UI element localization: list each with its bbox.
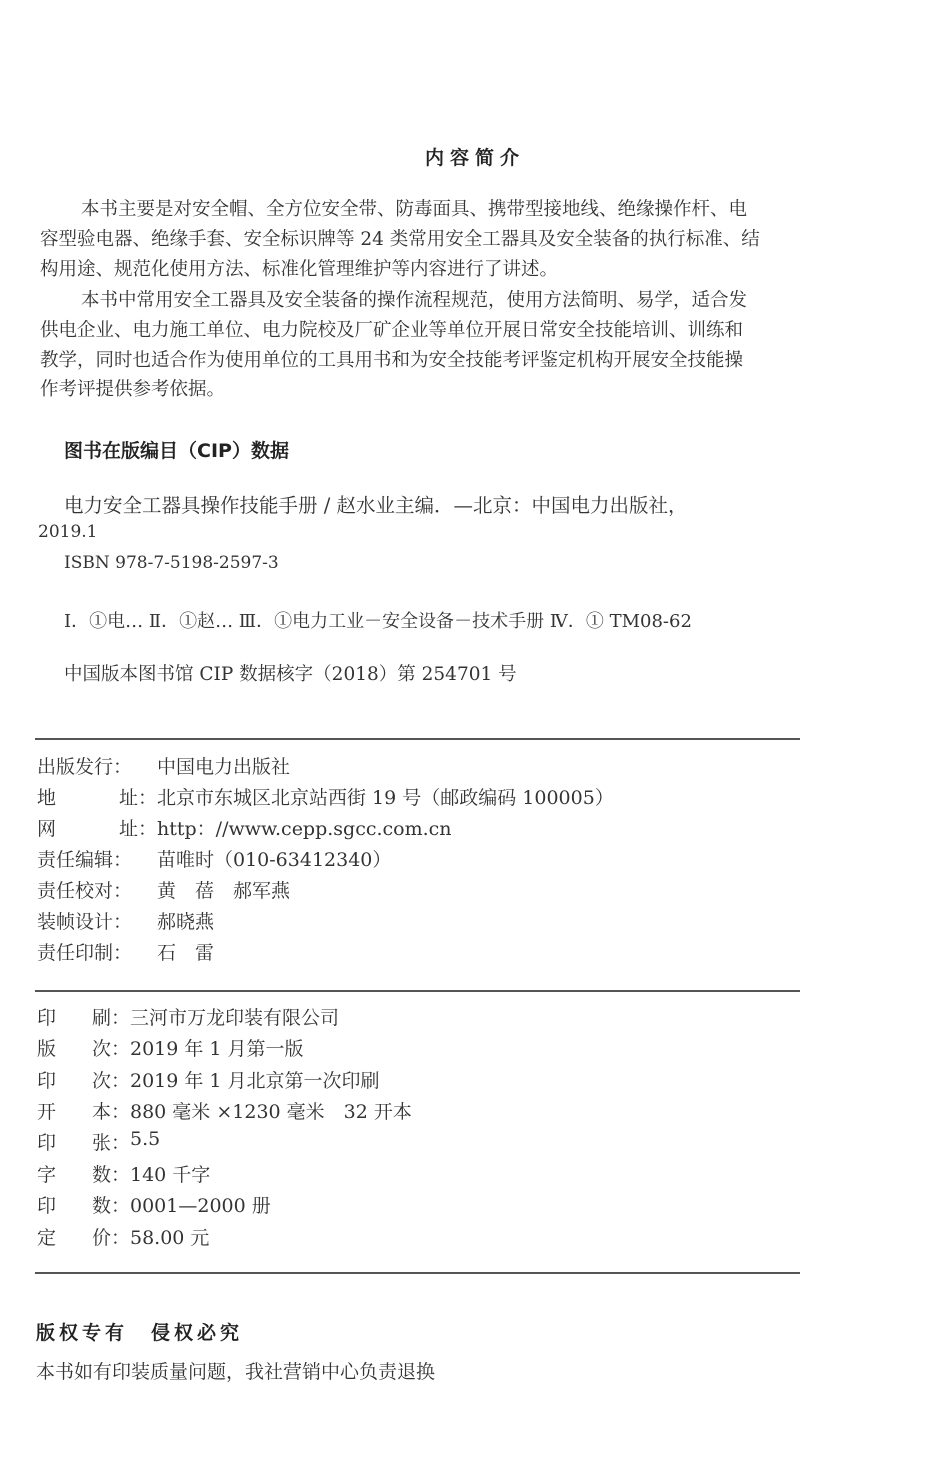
info-label: 责任编辑： [37,845,157,872]
label-char: 址： [119,814,157,841]
print-row: 版次： 2019 年 1 月第一版 [37,1034,304,1061]
print-row: 定价： 58.00 元 [37,1223,209,1250]
paragraph-line: 本书主要是对安全帽、全方位安全带、防毒面具、携带型接地线、绝缘操作杆、电 [81,195,747,225]
paragraph-line: 教学，同时也适合作为使用单位的工具用书和为安全技能考评鉴定机构开展安全技能操 [40,346,743,376]
paragraph-line: 构用途、规范化使用方法、标准化管理维护等内容进行了讲述。 [40,255,558,285]
info-row-publisher: 出版发行： 中国电力出版社 [37,752,290,779]
print-label: 印次： [37,1066,130,1093]
print-row: 印数： 0001—2000 册 [37,1191,271,1218]
print-label: 版次： [37,1034,130,1061]
info-label: 地 址： [37,783,157,810]
print-label: 字数： [37,1160,130,1187]
print-label: 印数： [37,1191,130,1218]
info-label: 责任印制： [37,938,157,965]
print-value: 2019 年 1 月第一版 [130,1034,304,1061]
divider-rule [35,990,800,992]
label-char: 地 [37,783,56,810]
info-row-designer: 装帧设计： 郝晓燕 [37,907,214,934]
info-row-proofreader: 责任校对： 黄 蓓 郝军燕 [37,876,290,903]
info-value: 苗唯时（010-63412340） [157,845,391,872]
cip-title-line: 电力安全工器具操作技能手册 / 赵水业主编．—北京：中国电力出版社， [64,490,687,518]
divider-rule [35,738,800,740]
print-row: 印刷： 三河市万龙印装有限公司 [37,1003,339,1030]
paragraph-line: 供电企业、电力施工单位、电力院校及厂矿企业等单位开展日常安全技能培训、训练和 [40,316,743,346]
paragraph-line: 作考评提供参考依据。 [40,375,225,405]
info-label: 装帧设计： [37,907,157,934]
cip-date-line: 2019.1 [38,522,97,542]
label-char: 网 [37,814,56,841]
print-value: 5.5 [130,1128,160,1155]
print-label: 印刷： [37,1003,130,1030]
print-label: 印张： [37,1128,130,1155]
info-label: 出版发行： [37,752,157,779]
info-row-editor: 责任编辑： 苗唯时（010-63412340） [37,845,391,872]
info-value: 黄 蓓 郝军燕 [157,876,290,903]
print-value: 140 千字 [130,1160,210,1187]
print-value: 58.00 元 [130,1223,209,1250]
info-row-website: 网 址： http：//www.cepp.sgcc.com.cn [37,814,452,841]
info-row-print-supervisor: 责任印制： 石 雷 [37,938,214,965]
print-label: 定价： [37,1223,130,1250]
print-value: 三河市万龙印装有限公司 [130,1003,339,1030]
info-value: 郝晓燕 [157,907,214,934]
cip-heading: 图书在版编目（CIP）数据 [64,436,289,463]
paragraph-line: 本书中常用安全工器具及安全装备的操作流程规范，使用方法简明、易学，适合发 [81,286,747,316]
cip-isbn: ISBN 978-7-5198-2597-3 [64,553,279,573]
copyright-title: 版权专有 侵权必究 [36,1318,243,1345]
info-value: 石 雷 [157,938,214,965]
print-row: 印张： 5.5 [37,1128,160,1155]
print-value: 2019 年 1 月北京第一次印刷 [130,1066,380,1093]
paragraph-line: 容型验电器、绝缘手套、安全标识牌等 24 类常用安全工器具及安全装备的执行标准、… [40,225,760,255]
info-value: 北京市东城区北京站西街 19 号（邮政编码 100005） [157,783,614,810]
print-value: 880 毫米 ×1230 毫米 32 开本 [130,1097,412,1124]
info-label: 责任校对： [37,876,157,903]
label-char: 址： [119,783,157,810]
print-value: 0001—2000 册 [130,1191,271,1218]
divider-rule [35,1272,800,1274]
print-row: 开本： 880 毫米 ×1230 毫米 32 开本 [37,1097,412,1124]
website-link[interactable]: http：//www.cepp.sgcc.com.cn [157,814,452,841]
info-value: 中国电力出版社 [157,752,290,779]
info-row-address: 地 址： 北京市东城区北京站西街 19 号（邮政编码 100005） [37,783,614,810]
summary-title: 内容简介 [0,143,950,170]
cip-record-number: 中国版本图书馆 CIP 数据核字（2018）第 254701 号 [64,660,517,686]
print-label: 开本： [37,1097,130,1124]
info-label: 网 址： [37,814,157,841]
print-row: 印次： 2019 年 1 月北京第一次印刷 [37,1066,380,1093]
copyright-notice: 本书如有印装质量问题，我社营销中心负责退换 [36,1357,435,1384]
print-row: 字数： 140 千字 [37,1160,210,1187]
cip-classification: Ⅰ．①电… Ⅱ．①赵… Ⅲ．①电力工业－安全设备－技术手册 Ⅳ．① TM08-6… [64,607,692,633]
